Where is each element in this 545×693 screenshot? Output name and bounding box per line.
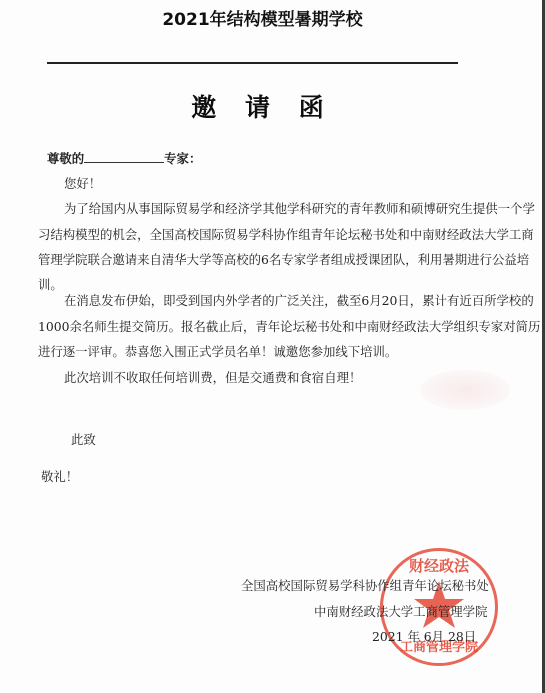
paragraph-1-line-4: 训。	[38, 275, 63, 293]
salutation-suffix: 专家：	[164, 151, 201, 166]
paragraph-2-line-3: 进行逐一评审。恭喜您入围正式学员名单！诚邀您参加线下培训。	[38, 342, 397, 360]
signature-org-1: 全国高校国际贸易学科协作组青年论坛秘书处	[241, 576, 489, 594]
closing-regards: 敬礼！	[41, 467, 78, 485]
paragraph-1-line-3: 管理学院联合邀请来自清华大学等高校的6名专家学者组成授课团队，利用暑期进行公益培	[38, 250, 529, 268]
salutation: 尊敬的专家：	[47, 149, 201, 167]
salutation-prefix: 尊敬的	[47, 151, 84, 166]
paper-smudge	[420, 370, 510, 410]
greeting: 您好！	[64, 174, 101, 192]
signature-date: 2021 年 6月 28日	[372, 627, 476, 645]
paragraph-1-line-1: 为了给国内从事国际贸易学和经济学其他学科研究的青年教师和硕博研究生提供一个学	[64, 199, 535, 217]
paragraph-2-line-2: 1000余名师生提交简历。报名截止后，青年论坛秘书处和中南财经政法大学组织专家对…	[38, 317, 540, 335]
closing-phrase: 此致	[71, 430, 96, 448]
document-page: 2021年结构模型暑期学校 邀 请 函 尊敬的专家： 您好！ 为了给国内从事国际…	[0, 0, 543, 693]
svg-text:财经政法: 财经政法	[409, 557, 470, 575]
header-divider	[47, 62, 458, 64]
paragraph-3-line-1: 此次培训不收取任何培训费，但是交通费和食宿自理！	[64, 368, 361, 386]
signature-org-2: 中南财经政法大学工商管理学院	[314, 602, 487, 620]
name-blank-field	[84, 150, 164, 163]
header-title: 2021年结构模型暑期学校	[0, 5, 525, 30]
document-title: 邀 请 函	[0, 88, 525, 124]
paragraph-1-line-2: 习结构模型的机会，全国高校国际贸易学科协作组青年论坛秘书处和中南财经政法大学工商	[38, 225, 534, 243]
paragraph-2-line-1: 在消息发布伊始，即受到国内外学者的广泛关注，截至6月20日，累计有近百所学校的	[64, 291, 534, 309]
